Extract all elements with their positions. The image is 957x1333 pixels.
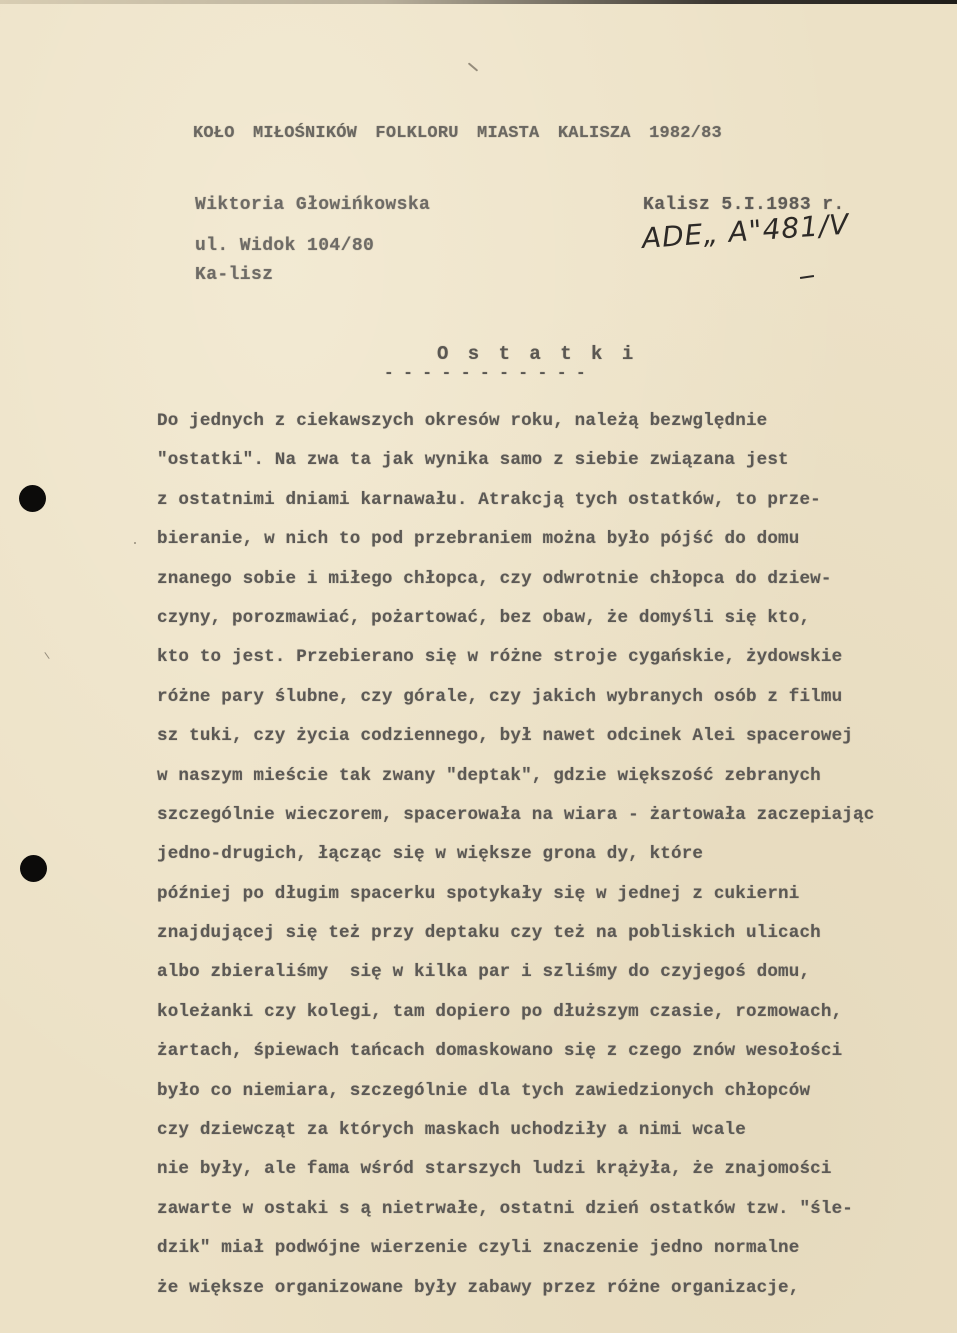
paper-speck xyxy=(468,62,478,71)
text-line: dzik" miał podwójne wierzenie czyli znac… xyxy=(157,1237,874,1276)
text-line: było co niemiara, szczególnie dla tych z… xyxy=(157,1080,874,1119)
organization-header: KOŁO MIŁOŚNIKÓW FOLKLORU MIASTA KALISZA … xyxy=(193,124,722,143)
author-city: Ka-lisz xyxy=(195,265,273,285)
text-line: później po długim spacerku spotykały się… xyxy=(157,883,874,922)
text-line: czyny, porozmawiać, pożartować, bez obaw… xyxy=(157,607,874,646)
text-line: nie były, ale fama wśród starszych ludzi… xyxy=(157,1158,874,1197)
punch-hole-icon xyxy=(20,855,47,882)
title-underline: - - - - - - - - - - - xyxy=(384,364,586,382)
text-line: sz tuki, czy życia codziennego, był nawe… xyxy=(157,725,874,764)
author-street: ul. Widok 104/80 xyxy=(195,236,374,256)
text-line: znanego sobie i miłego chłopca, czy odwr… xyxy=(157,568,874,607)
text-line: kto to jest. Przebierano się w różne str… xyxy=(157,646,874,685)
text-line: zawarte w ostaki s ą nietrwałe, ostatni … xyxy=(157,1198,874,1237)
paper-speck xyxy=(134,542,136,544)
text-line: bieranie, w nich to pod przebraniem możn… xyxy=(157,528,874,567)
text-line: że większe organizowane były zabawy prze… xyxy=(157,1277,874,1316)
text-line: w naszym mieście tak zwany "deptak", gdz… xyxy=(157,765,874,804)
text-line: jedno-drugich, łącząc się w większe gron… xyxy=(157,843,874,882)
punch-hole-icon xyxy=(19,485,46,512)
text-line: szczególnie wieczorem, spacerowała na wi… xyxy=(157,804,874,843)
text-line: czy dziewcząt za których maskach uchodzi… xyxy=(157,1119,874,1158)
document-title: O s t a t k i xyxy=(437,343,637,365)
text-line: żartach, śpiewach tańcach domaskowano si… xyxy=(157,1040,874,1079)
scan-top-edge xyxy=(0,0,957,4)
paper-speck xyxy=(44,652,49,659)
document-page: KOŁO MIŁOŚNIKÓW FOLKLORU MIASTA KALISZA … xyxy=(0,0,957,1333)
text-line: Do jednych z ciekawszych okresów roku, n… xyxy=(157,410,874,449)
text-line: "ostatki". Na zwa ta jak wynika samo z s… xyxy=(157,449,874,488)
text-line: różne pary ślubne, czy górale, czy jakic… xyxy=(157,686,874,725)
text-line: znajdującej się też przy deptaku czy też… xyxy=(157,922,874,961)
annotation-underline xyxy=(800,275,814,279)
author-name: Wiktoria Głowińkowska xyxy=(195,195,430,215)
text-line: z ostatnimi dniami karnawału. Atrakcją t… xyxy=(157,489,874,528)
body-text: Do jednych z ciekawszych okresów roku, n… xyxy=(157,410,874,1316)
text-line: koleżanki czy kolegi, tam dopiero po dłu… xyxy=(157,1001,874,1040)
text-line: albo zbieraliśmy się w kilka par i szliś… xyxy=(157,961,874,1000)
